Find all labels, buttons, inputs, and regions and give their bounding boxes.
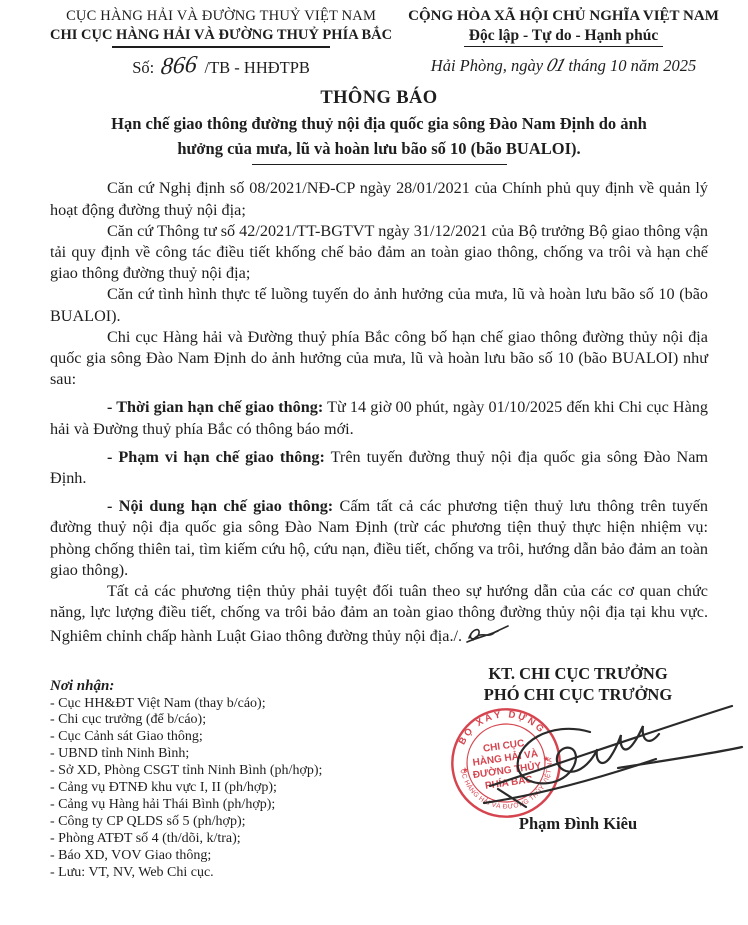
document-header: CỤC HÀNG HẢI VÀ ĐƯỜNG THUỶ VIỆT NAM CHI … — [50, 8, 708, 78]
agency-underline — [112, 46, 330, 48]
document-page: CỤC HÀNG HẢI VÀ ĐƯỜNG THUỶ VIỆT NAM CHI … — [0, 0, 748, 925]
handwritten-signature-icon — [468, 690, 748, 815]
recipients-label: Nơi nhận: — [50, 678, 428, 695]
subject-underline — [252, 164, 507, 166]
recipient-item: - UBND tỉnh Ninh Bình; — [50, 746, 428, 763]
paragraph-compliance: Tất cả các phương tiện thủy phải tuyệt đ… — [50, 581, 708, 648]
handwritten-day: 01 — [544, 55, 567, 77]
document-number-line: Số: 866 /TB - HHĐTPB — [50, 57, 392, 78]
national-motto-block: CỘNG HÒA XÃ HỘI CHỦ NGHĨA VIỆT NAM Độc l… — [392, 8, 719, 78]
national-motto: Độc lập - Tự do - Hạnh phúc — [464, 27, 663, 47]
issuing-agency-name: CHI CỤC HÀNG HẢI VÀ ĐƯỜNG THUỶ PHÍA BẮC — [50, 27, 392, 44]
date-suffix: tháng 10 năm 2025 — [568, 56, 696, 75]
subject-line-2: hưởng của mưa, lũ và hoàn lưu bão số 10 … — [50, 136, 708, 161]
recipient-item: - Cục Cảnh sát Giao thông; — [50, 729, 428, 746]
handwritten-document-number: 866 — [160, 55, 198, 76]
paragraph-legal-basis-3: Căn cứ tình hình thực tế luồng tuyến do … — [50, 284, 708, 326]
recipient-item: - Lưu: VT, NV, Web Chi cục. — [50, 865, 428, 882]
date-prefix: Hải Phòng, ngày — [431, 56, 543, 75]
recipient-item: - Chi cục trưởng (để b/cáo); — [50, 712, 428, 729]
recipients-block: Nơi nhận: - Cục HH&ĐT Việt Nam (thay b/c… — [50, 678, 428, 882]
document-number-prefix: Số: — [132, 58, 154, 77]
paragraph-restriction-scope: - Phạm vi hạn chế giao thông: Trên tuyến… — [50, 447, 708, 489]
seal-and-signature-area: BỘ XÂY DỰNG CỤC HÀNG HẢI VÀ ĐƯỜNG THỦY V… — [428, 706, 728, 810]
recipient-item: - Cảng vụ Hàng hải Thái Bình (ph/hợp); — [50, 797, 428, 814]
recipient-item: - Cảng vụ ĐTNĐ khu vực I, II (ph/hợp); — [50, 780, 428, 797]
signature-block: KT. CHI CỤC TRƯỞNG PHÓ CHI CỤC TRƯỞNG BỘ… — [428, 663, 728, 882]
recipient-item: - Cục HH&ĐT Việt Nam (thay b/cáo); — [50, 696, 428, 713]
paragraph-legal-basis-1: Căn cứ Nghị định số 08/2021/NĐ-CP ngày 2… — [50, 178, 708, 220]
recipient-item: - Sở XD, Phòng CSGT tỉnh Ninh Bình (ph/h… — [50, 763, 428, 780]
paragraph-restriction-content: - Nội dung hạn chế giao thông: Cấm tất c… — [50, 496, 708, 581]
document-footer: Nơi nhận: - Cục HH&ĐT Việt Nam (thay b/c… — [50, 663, 708, 882]
subject-line-1: Hạn chế giao thông đường thuỷ nội địa qu… — [50, 111, 708, 136]
paragraph-announcement: Chi cục Hàng hải và Đường thuỷ phía Bắc … — [50, 327, 708, 391]
recipient-item: - Công ty CP QLDS số 5 (ph/hợp); — [50, 814, 428, 831]
document-number-suffix: /TB - HHĐTPB — [204, 58, 309, 77]
title-block: THÔNG BÁO Hạn chế giao thông đường thuỷ … — [50, 88, 708, 166]
document-type-title: THÔNG BÁO — [50, 88, 708, 109]
recipient-item: - Phòng ATĐT số 4 (th/dõi, k/tra); — [50, 831, 428, 848]
recipient-item: - Báo XD, VOV Giao thông; — [50, 848, 428, 865]
issuing-agency-block: CỤC HÀNG HẢI VÀ ĐƯỜNG THUỶ VIỆT NAM CHI … — [50, 8, 392, 78]
paragraph-restriction-time: - Thời gian hạn chế giao thông: Từ 14 gi… — [50, 397, 708, 439]
signer-authority-title: KT. CHI CỤC TRƯỞNG — [428, 663, 728, 685]
parent-agency-name: CỤC HÀNG HẢI VÀ ĐƯỜNG THUỶ VIỆT NAM — [50, 8, 392, 25]
place-date-line: Hải Phòng, ngày 01 tháng 10 năm 2025 — [408, 55, 719, 77]
document-body: Căn cứ Nghị định số 08/2021/NĐ-CP ngày 2… — [50, 178, 708, 647]
document-subject: Hạn chế giao thông đường thuỷ nội địa qu… — [50, 111, 708, 161]
paragraph-legal-basis-2: Căn cứ Thông tư số 42/2021/TT-BGTVT ngày… — [50, 221, 708, 285]
country-name: CỘNG HÒA XÃ HỘI CHỦ NGHĨA VIỆT NAM — [408, 8, 719, 25]
handwritten-initial-mark — [464, 623, 510, 645]
